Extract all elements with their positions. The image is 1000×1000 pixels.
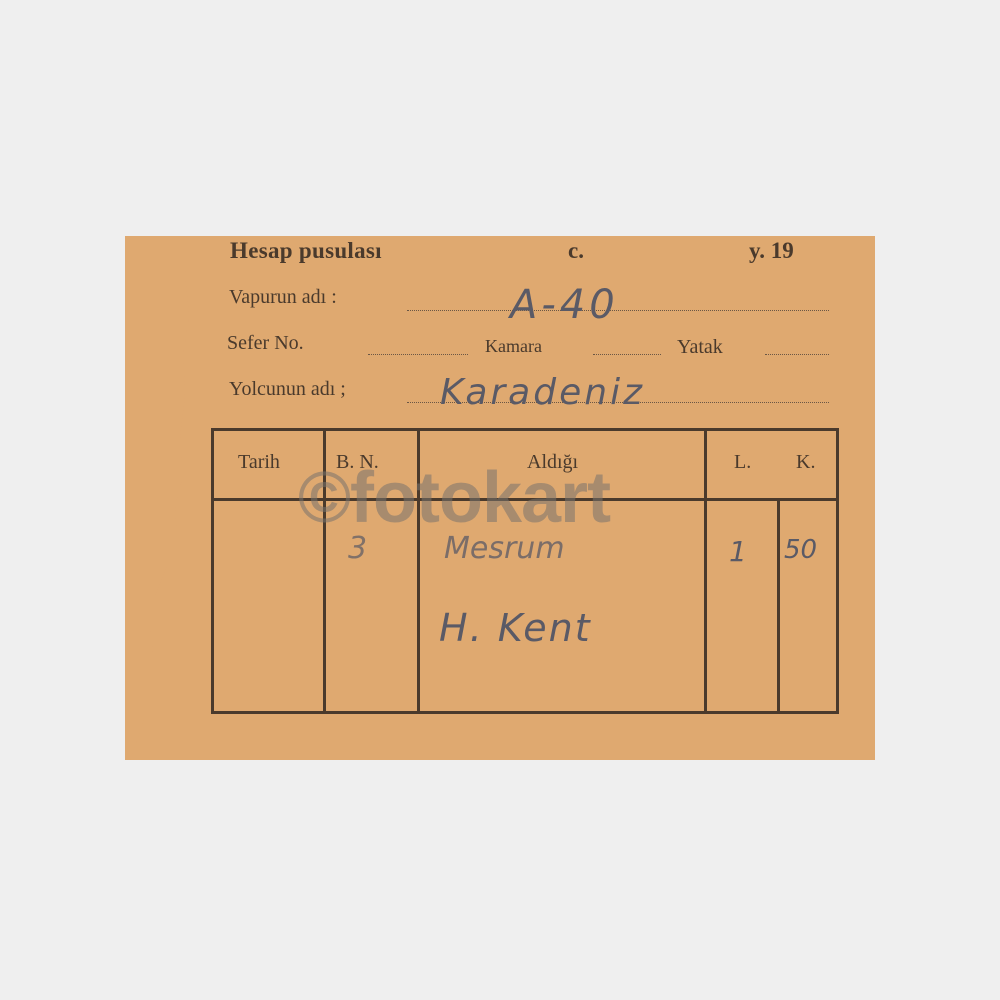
c-mark: c. <box>568 238 584 264</box>
cell-k: 50 <box>784 535 817 565</box>
passenger-name-value: Karadeniz <box>440 372 645 413</box>
passenger-name-label: Yolcunun adı ; <box>229 378 346 401</box>
document-title: Hesap pusulası <box>230 238 382 264</box>
berth-label: Yatak <box>677 336 723 359</box>
header-l: L. <box>734 451 751 474</box>
voyage-no-label: Sefer No. <box>227 332 304 355</box>
ship-name-label: Vapurun adı : <box>229 286 337 309</box>
cabin-label: Kamara <box>485 336 542 357</box>
col-divider-3 <box>704 431 707 711</box>
cabin-line <box>593 354 661 355</box>
voyage-no-line <box>368 354 468 355</box>
ship-name-value: A-40 <box>510 282 619 328</box>
berth-line <box>765 354 829 355</box>
year-label: y. 19 <box>749 238 794 264</box>
cell-l: 1 <box>729 535 747 568</box>
signature: H. Kent <box>439 606 592 650</box>
col-divider-4 <box>777 501 780 711</box>
watermark: ©fotokart <box>298 462 610 534</box>
header-k: K. <box>796 451 815 474</box>
header-tarih: Tarih <box>238 451 280 474</box>
